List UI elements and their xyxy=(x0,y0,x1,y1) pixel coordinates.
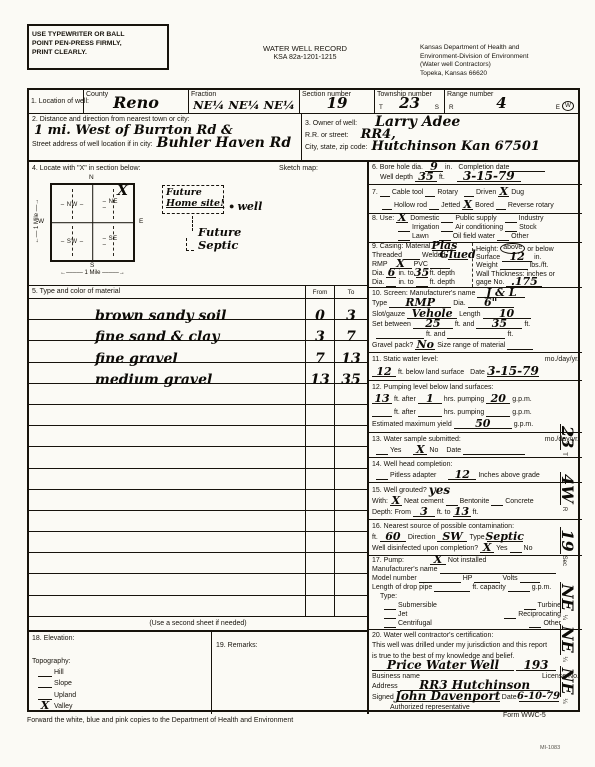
checkbox-option: Cable tool xyxy=(380,189,424,197)
form-line: 17. Pump:XNot installed xyxy=(369,557,582,565)
margin-note-value: 4W xyxy=(560,472,574,505)
checkbox-option: Turbine xyxy=(524,602,561,610)
printed-text: Signed xyxy=(372,694,394,702)
form-line: 15. Well grouted?yes xyxy=(369,486,582,495)
margin-note-item: 23T xyxy=(560,424,574,456)
printed-text: 11. Static water level: xyxy=(372,356,438,364)
printed-text: 8. Use: xyxy=(372,215,394,223)
material-table-footer: (Use a second sheet if needed) xyxy=(29,617,367,631)
printed-text: Date xyxy=(446,447,461,455)
filled-blank: 3-15-79 xyxy=(457,174,521,182)
sketch-septic-line1: Future xyxy=(198,226,241,239)
checkbox-option: Irrigation xyxy=(398,224,439,232)
from-cell xyxy=(306,596,335,616)
spacer xyxy=(32,699,36,700)
printed-text: lbs./ft. xyxy=(530,262,549,270)
distance-cell: 2. Distance and direction from nearest t… xyxy=(29,114,302,160)
spacer xyxy=(372,618,382,619)
spacer xyxy=(460,196,462,197)
to-cell xyxy=(335,490,367,510)
form-line: JetReciprocating xyxy=(369,611,582,619)
option-label: Yes xyxy=(390,447,401,455)
filled-blank: 50 xyxy=(454,421,512,429)
material-table-header: 5. Type and color of material From To xyxy=(29,286,367,299)
option-label: Slope xyxy=(54,680,72,688)
option-label: No xyxy=(429,447,438,455)
spacer xyxy=(32,710,36,711)
section-remarks: 19. Remarks: xyxy=(212,632,367,714)
section-screen: 10. Screen:Manufacturer's nameJ & LTypeR… xyxy=(369,288,582,353)
section-number-cell: Section number 19 xyxy=(300,90,375,113)
unchecked-blank xyxy=(425,189,435,197)
printed-text: Date xyxy=(502,694,517,702)
option-label: Concrete xyxy=(505,498,533,506)
handwritten-value: 35 xyxy=(418,171,433,182)
checkbox-option: XDug xyxy=(498,189,524,197)
checkbox-option: Public supply xyxy=(441,215,496,223)
print-code: MI-1083 xyxy=(540,745,560,751)
from-cell xyxy=(306,511,335,531)
sketch-septic-line2: Septic xyxy=(198,239,241,252)
form-line: Surface12in. xyxy=(473,254,582,262)
filled-blank: 3-15-79 xyxy=(487,369,539,377)
form-line: Length of drop pipeft. capacityg.p.m. xyxy=(369,584,582,592)
range-e: E xyxy=(556,104,560,111)
section-pumping-level: 12. Pumping level below land surfaces:13… xyxy=(369,381,582,433)
empty-blank xyxy=(386,279,396,287)
water-well-record-form: USE TYPEWRITER OR BALL POINT PEN-PRESS F… xyxy=(0,0,595,767)
range-w-circled: W xyxy=(562,101,574,111)
checkbox-option: Slope xyxy=(38,680,72,688)
owner-cell: 3. Owner of well: Larry Adee R.R. or str… xyxy=(302,114,578,160)
printed-text: Model number xyxy=(372,575,417,583)
option-label: Air conditioning xyxy=(455,224,503,232)
instruction-line: PRINT CLEARLY. xyxy=(32,48,164,57)
printed-text: Material xyxy=(406,243,431,251)
handwritten-value: 12 xyxy=(509,251,524,262)
form-line: Dia.in. toft. depth xyxy=(369,279,472,287)
printed-text: g.p.m. xyxy=(532,584,551,592)
checkbox-option: XBored xyxy=(462,202,494,210)
to-cell xyxy=(335,553,367,573)
material-row xyxy=(29,405,367,426)
unchecked-blank xyxy=(441,224,453,232)
unchecked-blank xyxy=(529,620,541,628)
to-cell xyxy=(335,532,367,552)
option-label: Domestic xyxy=(410,215,439,223)
form-line: Slope xyxy=(29,680,211,688)
checked-blank: X xyxy=(38,703,52,711)
form-line: ft.60DirectionSWTypeSeptic xyxy=(369,534,582,542)
form-line: TypeRMPDia.6" xyxy=(369,300,582,308)
printed-text: Volts xyxy=(502,575,517,583)
checkbox-option: Concrete xyxy=(491,498,533,506)
option-label: Pitless adapter xyxy=(390,472,436,480)
checkbox-option: XNeat cement xyxy=(390,498,444,506)
mile-scale-bottom: 1 Mile xyxy=(40,270,145,276)
checkbox-option: Lawn xyxy=(398,233,429,241)
unchecked-blank xyxy=(496,202,506,210)
unchecked-blank xyxy=(398,224,410,232)
option-label: Submersible xyxy=(398,602,437,610)
printed-text: Manufacturer's name xyxy=(372,566,438,574)
form-line: Manufacturer's name xyxy=(369,566,582,574)
to-cell xyxy=(335,574,367,594)
printed-text: ft. depth xyxy=(430,279,455,287)
second-sheet-note: (Use a second sheet if needed) xyxy=(149,620,246,628)
form-line: With:XNeat cementBentoniteConcrete xyxy=(369,498,582,506)
to-value: 13 xyxy=(341,354,360,364)
material-label: 5. Type and color of material xyxy=(32,288,120,296)
form-line: 7.Cable toolRotaryDrivenXDug xyxy=(369,189,582,197)
material-value: fine gravel xyxy=(95,354,178,364)
filled-blank: 3 xyxy=(413,509,435,517)
empty-blank xyxy=(486,409,510,417)
margin-note-rotated: 23T4WR19SecNE¼NE¼NE¼ xyxy=(560,424,592,724)
margin-note-value: 19 xyxy=(560,527,574,553)
filled-blank: 193 xyxy=(516,663,556,671)
empty-blank xyxy=(418,409,442,417)
form-number: Form WWC-5 xyxy=(503,712,546,720)
margin-note-value: NE xyxy=(560,624,574,655)
section-pump: 17. Pump:XNot installedManufacturer's na… xyxy=(369,556,582,630)
printed-text: Date xyxy=(470,369,485,377)
form-line: 11. Static water level:mo./day/yr. xyxy=(369,356,582,364)
handwritten-value: 6 xyxy=(388,267,396,278)
printed-text: ft. and xyxy=(455,321,474,329)
instruction-box: USE TYPEWRITER OR BALL POINT PEN-PRESS F… xyxy=(27,24,169,70)
checkbox-option: Jetted xyxy=(429,202,460,210)
from-cell xyxy=(306,469,335,489)
to-cell xyxy=(335,596,367,616)
handwritten-value: 1 xyxy=(426,393,434,404)
margin-note-label: ¼ xyxy=(560,699,567,704)
check-mark: X xyxy=(434,554,443,565)
location-row: 1. Location of well: County Reno Fractio… xyxy=(29,90,578,114)
spacer xyxy=(447,181,455,182)
county-cell: County Reno xyxy=(84,90,189,113)
handwritten-value: 13 xyxy=(374,393,389,404)
form-line: Well disinfected upon completion?XYesNo xyxy=(369,545,582,553)
option-label: Reverse rotary xyxy=(508,202,554,210)
option-label: Bored xyxy=(475,202,494,210)
material-row: brown sandy soil03 xyxy=(29,299,367,320)
filled-blank: 13 xyxy=(372,396,392,404)
checkbox-option: XNo xyxy=(413,447,438,455)
form-line: IrrigationAir conditioningStock xyxy=(369,224,582,232)
printed-text: Length xyxy=(459,311,480,319)
form-line: Authorized representative xyxy=(369,704,582,712)
empty-blank xyxy=(440,566,556,574)
checkbox-option: XNot installed xyxy=(430,557,487,565)
option-label: Dug xyxy=(511,189,524,197)
sketch-map-label: Sketch map: xyxy=(279,165,318,173)
printed-text: in. xyxy=(445,164,452,172)
filled-blank: 12 xyxy=(502,254,532,262)
printed-text: ft. xyxy=(439,174,445,182)
printed-text: With: xyxy=(372,498,388,506)
option-label: Public supply xyxy=(455,215,496,223)
form-line: ThreadedWeldedGlued xyxy=(369,252,472,260)
empty-blank xyxy=(372,409,392,417)
margin-note-value: NE xyxy=(560,666,574,697)
spacer xyxy=(440,454,444,455)
margin-note-item: NE¼ xyxy=(560,666,574,704)
form-line: Estimated maximum yield50g.p.m. xyxy=(369,421,582,429)
unchecked-blank xyxy=(380,189,390,197)
printed-text: ft. depth xyxy=(430,270,455,278)
option-label: Industry xyxy=(519,215,544,223)
form-line: 18. Elevation: xyxy=(29,635,211,643)
from-cell xyxy=(306,405,335,425)
city-label: City, state, zip code: xyxy=(305,144,368,152)
filled-blank: No xyxy=(415,342,435,350)
checked-blank: X xyxy=(498,189,509,197)
printed-text: 17. Pump: xyxy=(372,557,404,565)
unchecked-blank xyxy=(376,447,388,455)
section-elevation: 18. Elevation:Topography:HillSlopeUpland… xyxy=(29,632,212,714)
section-well-head: 14. Well head completion:Pitless adapter… xyxy=(369,458,582,483)
printed-text: 6. Bore hole dia. xyxy=(372,164,423,172)
checked-blank: X xyxy=(396,215,408,223)
printed-text: Length of drop pipe xyxy=(372,584,432,592)
form-line: 12ft. below land surfaceDate3-15-79 xyxy=(369,369,582,377)
spacer xyxy=(372,181,378,182)
to-cell xyxy=(335,469,367,489)
check-mark: X xyxy=(499,186,508,197)
from-value: 3 xyxy=(315,332,325,342)
material-row xyxy=(29,574,367,595)
material-table-rows: brown sandy soil03fine sand & clay37fine… xyxy=(29,299,367,617)
unchecked-blank xyxy=(505,215,517,223)
form-line: SignedJohn DavenportDate6-10-79 xyxy=(369,694,582,702)
handwritten-value: Price Water Well xyxy=(387,660,499,671)
material-row xyxy=(29,532,367,553)
handwritten-value: John Davenport xyxy=(395,691,500,702)
option-label: Rotary xyxy=(437,189,458,197)
from-value: 13 xyxy=(310,375,329,385)
form-line: Weightlbs./ft. xyxy=(473,262,582,270)
form-line: XValley xyxy=(29,703,211,711)
form-line: Dia.6in. to35ft. depth xyxy=(369,270,472,278)
from-header-cell: From xyxy=(306,286,335,298)
unchecked-blank xyxy=(464,189,474,197)
spacer xyxy=(372,479,374,480)
form-line: ft. afterhrs. pumpingg.p.m. xyxy=(369,409,582,417)
casing-right: Height:aboveor belowSurface12in.Weightlb… xyxy=(472,243,582,287)
material-row xyxy=(29,469,367,490)
check-mark: X xyxy=(398,212,407,223)
spacer xyxy=(372,609,382,610)
handwritten-value: 6" xyxy=(484,297,497,308)
material-cell xyxy=(29,553,306,573)
printed-text: Dia. xyxy=(372,270,384,278)
location-label-cell: 1. Location of well: xyxy=(29,90,84,113)
form-line: 10. Screen:Manufacturer's nameJ & L xyxy=(369,290,582,298)
printed-text: hrs. pumping xyxy=(444,396,484,404)
printed-text: ft. capacity xyxy=(472,584,505,592)
well-dot-icon: ● xyxy=(229,202,234,211)
remarks-label: 19. Remarks: xyxy=(216,642,258,649)
printed-text: Topography: xyxy=(32,658,71,666)
agency-line: (Water well Contractors) xyxy=(420,61,580,70)
instruction-line: POINT PEN-PRESS FIRMLY, xyxy=(32,39,164,48)
filled-blank: 6-10-79 xyxy=(519,694,559,702)
from-cell xyxy=(306,532,335,552)
checkbox-option: XValley xyxy=(38,703,73,711)
handwritten-value: 20 xyxy=(491,393,506,404)
material-cell xyxy=(29,469,306,489)
empty-blank xyxy=(520,575,540,583)
distance-owner-row: 2. Distance and direction from nearest t… xyxy=(29,114,578,162)
range-cell: Range number R 4 E W xyxy=(445,90,578,113)
checkbox-option: Rotary xyxy=(425,189,458,197)
handwritten-value: 6-10-79 xyxy=(517,691,560,702)
unchecked-blank xyxy=(38,669,52,677)
option-label: Reciprocating xyxy=(518,611,561,619)
checkbox-option: Hill xyxy=(38,669,64,677)
agency-block: Kansas Department of Health and Environm… xyxy=(420,44,580,78)
checked-blank: X xyxy=(430,557,446,565)
spacer xyxy=(403,454,411,455)
form-line: ft. andft. xyxy=(369,331,582,339)
unchecked-blank xyxy=(441,215,453,223)
elevation-remarks-row: 18. Elevation:Topography:HillSlopeUpland… xyxy=(29,630,367,714)
material-cell xyxy=(29,596,306,616)
form-line: 13ft. after1hrs. pumping20g.p.m. xyxy=(369,396,582,404)
checkbox-option: Other xyxy=(529,620,561,628)
material-row xyxy=(29,447,367,468)
compass-e: E xyxy=(139,218,143,225)
spacer xyxy=(372,240,396,241)
printed-text: RMP xyxy=(372,261,388,269)
form-line: YesXNoDate xyxy=(369,447,582,455)
printed-text: Size range of material xyxy=(437,342,505,350)
spacer xyxy=(372,454,374,455)
handwritten-value: SW xyxy=(442,531,462,542)
printed-text: Height: xyxy=(476,246,498,254)
form-line: Topography: xyxy=(29,658,211,666)
margin-note-label: T xyxy=(560,452,567,456)
material-value: brown sandy soil xyxy=(95,311,226,321)
form-line: Gravel pack?NoSize range of material xyxy=(369,342,582,350)
from-cell xyxy=(306,574,335,594)
spacer xyxy=(466,376,468,377)
material-cell xyxy=(29,511,306,531)
section-contamination: 16. Nearest source of possible contamina… xyxy=(369,520,582,556)
form-statute: KSA 82a-1201-1215 xyxy=(225,53,385,62)
printed-text: Yes xyxy=(496,545,507,553)
printed-text: Dia. xyxy=(372,279,384,287)
spacer xyxy=(454,171,456,172)
to-value: 7 xyxy=(346,332,356,342)
unchecked-blank xyxy=(382,202,392,210)
checkbox-option: Hollow rod xyxy=(382,202,427,210)
empty-blank xyxy=(447,331,505,339)
printed-text: Estimated maximum yield xyxy=(372,421,452,429)
handwritten-value: Glued xyxy=(439,249,475,260)
checkbox-option: Air conditioning xyxy=(441,224,503,232)
printed-text: 20. Water well contractor's certificatio… xyxy=(372,632,493,640)
empty-blank xyxy=(419,575,461,583)
empty-blank xyxy=(416,279,428,287)
empty-blank xyxy=(508,584,530,592)
form-line: CentrifugalOther xyxy=(369,620,582,628)
form-line xyxy=(29,646,211,654)
checked-blank: X xyxy=(413,447,427,455)
handwritten-value: 13 xyxy=(454,506,469,517)
option-label: Other xyxy=(511,233,529,241)
section-material: 5. Type and color of material From To br… xyxy=(29,285,367,630)
material-cell xyxy=(29,532,306,552)
printed-text: Type xyxy=(372,300,387,308)
printed-text: Type: xyxy=(380,593,397,601)
unchecked-blank xyxy=(384,620,396,628)
to-label: To xyxy=(348,289,355,296)
sketch-dashed-bracket xyxy=(186,238,194,251)
margin-note-label: ¼ xyxy=(560,657,567,662)
checkbox-option: Industry xyxy=(505,215,544,223)
form-body: 1. Location of well: County Reno Fractio… xyxy=(27,88,580,712)
option-label: Oil field water xyxy=(453,233,495,241)
sketch-well-label: well xyxy=(237,200,262,213)
material-row xyxy=(29,426,367,447)
option-label: Centrifugal xyxy=(398,620,432,628)
material-value: fine sand & clay xyxy=(95,332,220,342)
margin-note-label: Sec xyxy=(560,556,567,566)
printed-text: Weight xyxy=(476,262,498,270)
checked-blank: X xyxy=(462,202,473,210)
from-value: 0 xyxy=(315,311,325,321)
form-line: 13. Water sample submitted:mo./day/yr. xyxy=(369,436,582,444)
form-line: 20. Water well contractor's certificatio… xyxy=(369,632,582,640)
mile-scale-left: 1 Mile xyxy=(34,189,40,253)
checkbox-option: Reciprocating xyxy=(504,611,561,619)
spacer xyxy=(32,676,36,677)
from-value: 7 xyxy=(315,354,325,364)
printed-text: 18. Elevation: xyxy=(32,635,74,643)
unchecked-blank xyxy=(505,224,517,232)
section-bore-hole: 6. Bore hole dia.9in.Completion dateWell… xyxy=(369,162,582,185)
rr-label: R.R. or street: xyxy=(305,132,349,140)
sketch-home-site: Home site! xyxy=(166,198,220,209)
printed-text: 9. Casing: xyxy=(372,243,404,251)
empty-blank xyxy=(463,447,525,455)
unchecked-blank xyxy=(38,680,52,688)
option-label: Stock xyxy=(519,224,537,232)
material-row xyxy=(29,511,367,532)
to-header-cell: To xyxy=(335,286,367,298)
printed-text: 7. xyxy=(372,189,378,197)
compass-n: N xyxy=(89,174,94,181)
option-label: Valley xyxy=(54,703,73,711)
quadrant-sw: SW xyxy=(61,239,84,245)
filled-blank: 12 xyxy=(372,369,396,377)
printed-text: Dia. xyxy=(453,300,465,308)
printed-text: 12. Pumping level below land surfaces: xyxy=(372,384,493,392)
printed-text: Well disinfected upon completion? xyxy=(372,545,478,553)
section-grid: NW NE SW SE X xyxy=(50,183,135,262)
printed-text: in. to xyxy=(398,270,413,278)
material-value: medium gravel xyxy=(95,375,212,385)
printed-text: ft. after xyxy=(394,409,416,417)
unchecked-blank xyxy=(376,472,388,480)
option-label: Jet xyxy=(398,611,407,619)
margin-note-value: 23 xyxy=(560,424,574,450)
printed-text: Address xyxy=(372,683,398,691)
filled-blank: Glued xyxy=(448,252,468,260)
handwritten-value: 12 xyxy=(455,469,470,480)
